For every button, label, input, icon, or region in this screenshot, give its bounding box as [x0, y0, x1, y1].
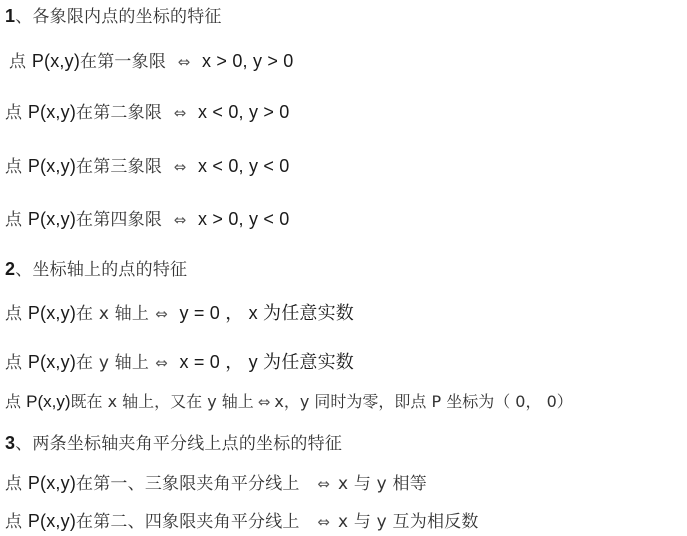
section-2-heading: 2、坐标轴上的点的特征	[5, 258, 187, 281]
section-number: 3	[5, 433, 15, 453]
rule-prefix: 点	[5, 210, 22, 230]
rule-bisector-2-4: 点 P(x,y)在第二、四象限夹角平分线上 ⇔x 与 y 互为相反数	[5, 510, 479, 533]
iff-symbol: ⇔	[174, 158, 187, 176]
section-title: 、各象限内点的坐标的特征	[15, 7, 221, 27]
rule-prefix: 点	[5, 103, 22, 123]
rule-bisector-1-3: 点 P(x,y)在第一、三象限夹角平分线上 ⇔x 与 y 相等	[5, 472, 427, 495]
rule-point: P(x,y)	[28, 303, 76, 323]
rule-y-axis: 点 P(x,y)在 y 轴上⇔ x = 0 ， y 为任意实数	[5, 351, 354, 374]
rule-quadrant-4: 点 P(x,y)在第四象限 ⇔ x > 0, y < 0	[5, 208, 289, 231]
rule-result: x > 0, y > 0	[202, 51, 293, 71]
section-title: 、两条坐标轴夹角平分线上点的坐标的特征	[15, 434, 342, 454]
iff-symbol: ⇔	[155, 354, 168, 372]
rule-result: x 与 y 相等	[338, 474, 427, 494]
rule-condition: 在第一、三象限夹角平分线上	[76, 474, 300, 494]
rule-condition: 在 x 轴上	[76, 304, 149, 324]
rule-condition: 既在 x 轴上，又在 y 轴上	[71, 392, 254, 411]
rule-result: x，y 同时为零，即点 P 坐标为（ 0， 0）	[274, 392, 572, 411]
rule-condition: 在第三象限	[76, 157, 162, 177]
rule-condition: 在第一象限	[80, 52, 166, 72]
iff-symbol: ⇔	[317, 513, 330, 531]
rule-prefix: 点	[5, 157, 22, 177]
rule-origin: 点 P(x,y)既在 x 轴上，又在 y 轴上⇔x，y 同时为零，即点 P 坐标…	[5, 391, 573, 413]
rule-result: x = 0 ， y 为任意实数	[179, 352, 354, 372]
iff-symbol: ⇔	[258, 393, 271, 411]
section-number: 1	[5, 6, 15, 26]
rule-prefix: 点	[5, 353, 22, 373]
section-number: 2	[5, 259, 15, 279]
iff-symbol: ⇔	[174, 104, 187, 122]
rule-point: P(x,y)	[28, 352, 76, 372]
rule-quadrant-3: 点 P(x,y)在第三象限 ⇔ x < 0, y < 0	[5, 155, 289, 178]
rule-point: P(x,y)	[28, 209, 76, 229]
rule-x-axis: 点 P(x,y)在 x 轴上⇔ y = 0 ， x 为任意实数	[5, 302, 354, 325]
rule-point: P(x,y)	[28, 473, 76, 493]
rule-condition: 在第四象限	[76, 210, 162, 230]
iff-symbol: ⇔	[174, 211, 187, 229]
rule-condition: 在 y 轴上	[76, 353, 149, 373]
rule-condition: 在第二、四象限夹角平分线上	[76, 512, 300, 532]
rule-prefix: 点	[5, 304, 22, 324]
rule-prefix: 点	[5, 512, 22, 532]
rule-point: P(x,y)	[28, 102, 76, 122]
rule-result: x > 0, y < 0	[198, 209, 289, 229]
rule-point: P(x,y)	[26, 392, 70, 411]
iff-symbol: ⇔	[178, 53, 191, 71]
rule-prefix: 点	[5, 474, 22, 494]
section-1-heading: 1、各象限内点的坐标的特征	[5, 5, 222, 28]
rule-point: P(x,y)	[32, 51, 80, 71]
rule-result: x < 0, y > 0	[198, 102, 289, 122]
rule-point: P(x,y)	[28, 156, 76, 176]
rule-point: P(x,y)	[28, 511, 76, 531]
rule-quadrant-2: 点 P(x,y)在第二象限 ⇔ x < 0, y > 0	[5, 101, 289, 124]
iff-symbol: ⇔	[155, 305, 168, 323]
rule-prefix: 点	[5, 392, 21, 411]
rule-quadrant-1: 点 P(x,y)在第一象限 ⇔ x > 0, y > 0	[9, 50, 293, 73]
iff-symbol: ⇔	[317, 475, 330, 493]
section-title: 、坐标轴上的点的特征	[15, 260, 187, 280]
rule-prefix: 点	[9, 52, 26, 72]
section-3-heading: 3、两条坐标轴夹角平分线上点的坐标的特征	[5, 432, 342, 455]
rule-result: y = 0 ， x 为任意实数	[179, 303, 354, 323]
rule-result: x < 0, y < 0	[198, 156, 289, 176]
rule-condition: 在第二象限	[76, 103, 162, 123]
rule-result: x 与 y 互为相反数	[338, 512, 479, 532]
